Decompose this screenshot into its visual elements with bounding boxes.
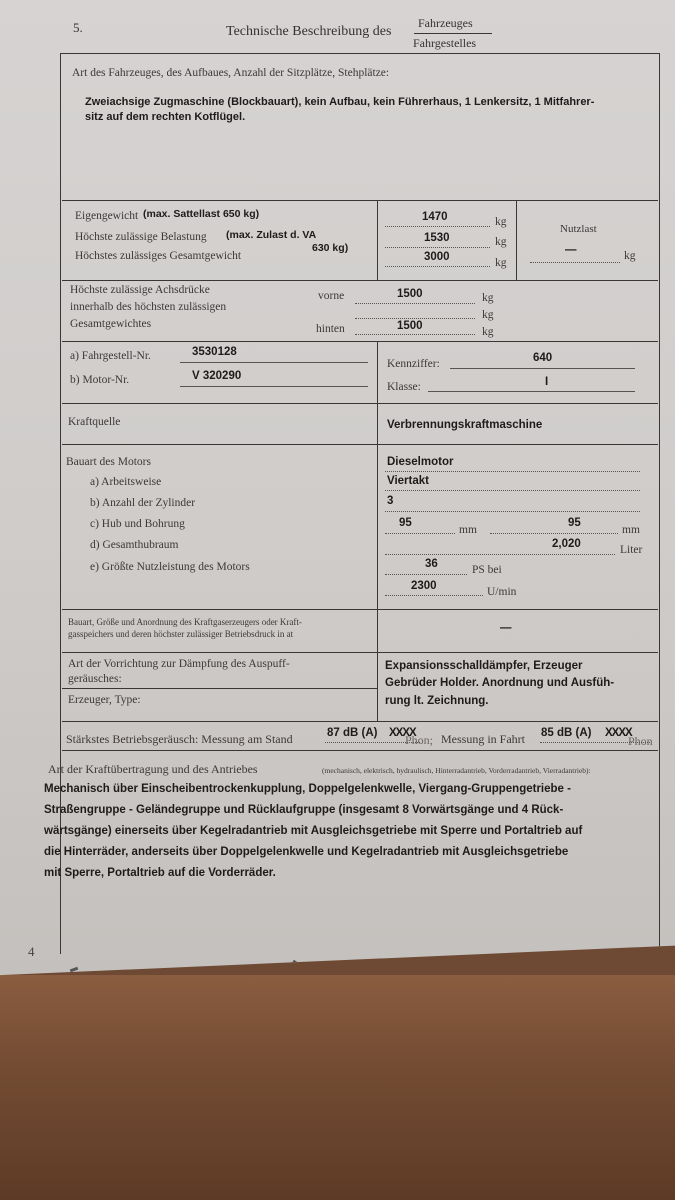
engine-item-label: c) Hub und Bohrung [90,518,185,530]
exhaust-value-2: Gebrüder Holder. Anordnung und Ausfüh- [385,677,614,689]
front-axle-value: 1500 [397,288,423,300]
unit-mm: mm [459,524,477,536]
exhaust-manufacturer-label: Erzeuger, Type: [68,694,141,706]
transmission-line: Mechanisch über Einscheibentrockenkupplu… [44,779,654,800]
noise-stand-unit: Phon; [405,733,433,748]
gesamtgewicht-label: Höchstes zulässiges Gesamtgewicht [75,250,241,262]
noise-label: Stärkstes Betriebsgeräusch: Messung am S… [66,732,293,747]
exhaust-value-3: rung lt. Zeichnung. [385,695,489,707]
vehicle-type-label: Art des Fahrzeuges, des Aufbaues, Anzahl… [72,67,389,79]
front-axle-label: vorne [318,290,344,302]
pen-mark [291,960,299,968]
vehicle-type-value-2: sitz auf dem rechten Kotflügel. [85,111,245,123]
gesamtgewicht-value: 3000 [424,251,450,263]
page-number: 5. [73,20,83,36]
gas-generator-label-1: Bauart, Größe und Anordnung des Kraftgas… [68,617,302,627]
transmission-label-note: (mechanisch, elektrisch, hydraulisch, Hi… [322,766,591,775]
footer-page-number: 4 [28,944,35,960]
klasse-value: I [545,376,548,388]
document-page: 5. Technische Beschreibung des Fahrzeuge… [0,0,675,985]
exhaust-value-1: Expansionsschalldämpfer, Erzeuger [385,660,583,672]
eigengewicht-value: 1470 [422,211,448,223]
ps-label: PS bei [472,564,502,576]
power-source-label: Kraftquelle [68,416,120,428]
belastung-label: Höchste zulässige Belastung [75,231,207,243]
belastung-note-2: 630 kg) [312,242,348,254]
engine-type-label: Bauart des Motors [66,456,151,468]
gas-generator-value: — [500,622,512,634]
rear-axle-label: hinten [316,323,345,335]
exhaust-label-1: Art der Vorrichtung zur Dämpfung des Aus… [68,658,290,670]
unit-kg: kg [495,236,507,248]
eigengewicht-note: (max. Sattellast 650 kg) [143,208,259,220]
kennziffer-label: Kennziffer: [387,358,440,370]
unit-liter: Liter [620,544,642,556]
rpm-unit: U/min [487,586,516,598]
engine-item-label: e) Größte Nutzleistung des Motors [90,561,250,573]
power-value: 36 [425,558,438,570]
rpm-value: 2300 [411,580,437,592]
transmission-description: Mechanisch über Einscheibentrockenkupplu… [44,779,654,884]
noise-drive-value: 85 dB (A) [541,727,591,739]
bore-value: 95 [568,517,581,529]
nutzlast-label: Nutzlast [560,223,597,235]
chassis-number-label: a) Fahrgestell-Nr. [70,350,151,362]
belastung-note-1: (max. Zulast d. VA [226,229,316,241]
gas-generator-label-2: gasspeichers und deren höchster zulässig… [68,629,293,639]
unit-kg: kg [495,257,507,269]
engine-type-value: Dieselmotor [387,456,453,468]
unit-kg: kg [495,216,507,228]
eigengewicht-label: Eigengewicht [75,210,138,222]
operating-cycle-value: Viertakt [387,475,429,487]
klasse-label: Klasse: [387,381,421,393]
engine-item-label: d) Gesamthubraum [90,539,178,551]
unit-kg: kg [482,309,494,321]
noise-stand-value: 87 dB (A) [327,727,377,739]
chassis-number-value: 3530128 [192,346,237,358]
engine-item-label: a) Arbeitsweise [90,476,161,488]
axle-loads-label-2: innerhalb des höchsten zulässigen [70,301,226,313]
transmission-line: Straßengruppe - Geländegruppe und Rückla… [44,800,654,821]
unit-kg: kg [482,292,494,304]
rear-axle-value: 1500 [397,320,423,332]
title-option-vehicle: Fahrzeuges [418,16,473,31]
axle-loads-label-3: Gesamtgewichtes [70,318,151,330]
engine-item-label: b) Anzahl der Zylinder [90,497,195,509]
power-source-value: Verbrennungskraftmaschine [387,419,542,431]
exhaust-label-2: geräusches: [68,673,122,685]
kennziffer-value: 640 [533,352,552,364]
pen-mark [70,967,79,973]
unit-mm: mm [622,524,640,536]
unit-kg: kg [482,326,494,338]
engine-number-value: V 320290 [192,370,241,382]
table-surface [0,975,675,1200]
displacement-value: 2,020 [552,538,581,550]
noise-drive-label: Messung in Fahrt [441,732,525,747]
transmission-label: Art der Kraftübertragung und des Antrieb… [48,762,258,777]
axle-loads-label-1: Höchste zulässige Achsdrücke [70,284,210,296]
page-title: Technische Beschreibung des [226,24,391,40]
transmission-line: wärtsgänge) einerseits über Kegelradantr… [44,821,654,842]
nutzlast-value: — [565,244,577,256]
unit-kg: kg [624,250,636,262]
engine-number-label: b) Motor-Nr. [70,374,129,386]
belastung-value: 1530 [424,232,450,244]
transmission-line: mit Sperre, Portaltrieb auf die Vorderrä… [44,863,654,884]
vehicle-type-value-1: Zweiachsige Zugmaschine (Blockbauart), k… [85,96,594,108]
transmission-line: die Hinterräder, anderseits über Doppelg… [44,842,654,863]
stroke-value: 95 [399,517,412,529]
cylinder-count-value: 3 [387,495,393,507]
title-option-chassis: Fahrgestelles [413,36,476,51]
